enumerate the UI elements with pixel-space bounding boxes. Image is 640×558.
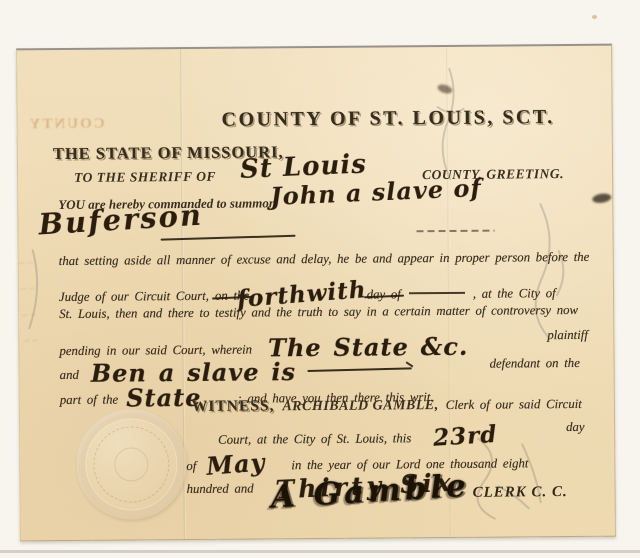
scan-edge-line (0, 550, 640, 553)
ink-smudge (592, 192, 612, 204)
clerk-title: CLERK C. C. (473, 484, 568, 502)
handwritten-dash-faded (417, 230, 495, 233)
struck-day-of: day of (367, 287, 401, 302)
body-line-1: that setting aside all manner of excuse … (59, 250, 590, 269)
witness-label: WITNESS, (192, 397, 275, 416)
body-line-3: St. Louis, then and there to testify and… (59, 303, 578, 322)
witness-line-1: WITNESS, ARCHIBALD GAMBLE, Clerk of our … (192, 395, 582, 416)
clerk-name: ARCHIBALD GAMBLE, (282, 398, 438, 415)
defendant-label: defendant on the (490, 356, 580, 372)
handwritten-state-word: State (126, 383, 202, 413)
embossed-notary-seal (76, 409, 187, 520)
witness-line-4-pre: hundred and (186, 481, 253, 497)
ghost-bleedthrough-title: COUNTY (28, 116, 105, 134)
day-label: day (566, 420, 585, 435)
ghost-bleedthrough-lines: ~ ~ ~ ~ ~ ~ ~ ~ (18, 250, 39, 355)
body-line-2-pre: Judge of our Circuit Court, (59, 289, 209, 305)
handwritten-dash-arrow (308, 367, 412, 372)
paper-speck (592, 15, 597, 19)
body-line-6-pre: part of the (60, 393, 118, 408)
body-line-2: Judge of our Circuit Court, on the forth… (59, 276, 556, 307)
county-title: COUNTY OF ST. LOUIS, SCT. (222, 106, 555, 132)
handwritten-dash (409, 291, 465, 293)
sheriff-line: TO THE SHERIFF OF (74, 169, 216, 186)
ink-smudge (437, 83, 454, 95)
body-line-2-post: , at the City of (473, 286, 556, 302)
paper-document: COUNTY ~ ~ ~ ~ ~ ~ ~ ~ COUNTY OF ST. LOU… (16, 44, 616, 542)
witness-line-1-post: Clerk of our said Circuit (446, 397, 582, 413)
plaintiff-label: plaintiff (547, 328, 588, 343)
